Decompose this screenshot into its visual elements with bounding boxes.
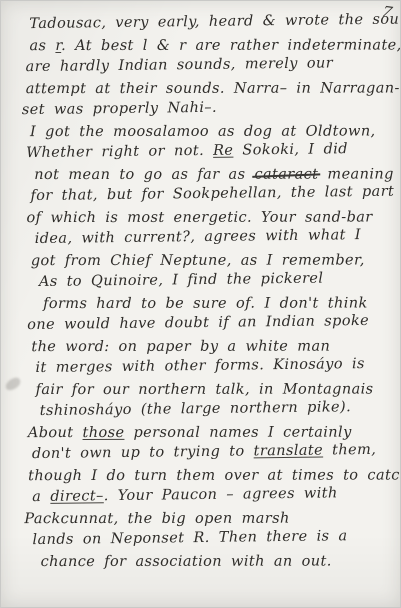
line-segment: Whether right or not. (26, 143, 213, 161)
manuscript-line: Tadousac, very early, heard & wrote the … (29, 10, 392, 36)
manuscript-line: set was properly Nahi–. (22, 96, 393, 122)
line-segment: them, (323, 442, 376, 459)
manuscript-line: As to Quinoire, I find the pickerel (39, 268, 394, 294)
line-segment: Sokoki, I did (233, 141, 348, 158)
line-segment: a (32, 489, 50, 505)
line-segment: . Your Paucon – agrees with (104, 485, 338, 504)
manuscript-line: Whether right or not. Re Sokoki, I did (26, 139, 393, 165)
underlined-word: those (83, 424, 125, 440)
underlined-word: translate (254, 443, 324, 460)
scanned-manuscript-page: 7 Tadousac, very early, heard & wrote th… (0, 0, 401, 608)
manuscript-line: tshinosháyo (the large northern pike). (40, 397, 395, 423)
underlined-word: Re (213, 143, 234, 159)
line-segment: About (28, 425, 83, 441)
manuscript-line: a direct–. Your Paucon – agrees with (32, 483, 395, 509)
line-segment: not mean to go as far as (34, 166, 254, 182)
line-segment: personal names I certainly (124, 424, 351, 440)
ink-smudge (4, 376, 23, 392)
line-segment: . At best l & r are rather indeterminate… (61, 37, 401, 54)
underlined-word: direct– (50, 488, 104, 505)
manuscript-line: are hardly Indian sounds, merely our (25, 53, 392, 79)
manuscript-text: Tadousac, very early, heard & wrote the … (21, 12, 395, 573)
manuscript-line: one would have doubt if an Indian spoke (27, 311, 394, 337)
struck-word: cataract (254, 166, 318, 182)
line-segment: as (29, 38, 55, 54)
manuscript-line: chance for association with an out. (41, 551, 396, 573)
manuscript-line: don't own up to trying to translate them… (32, 440, 395, 466)
line-segment: don't own up to trying to (32, 443, 254, 462)
manuscript-line: idea, with current?, agrees with what I (35, 225, 394, 251)
manuscript-line: lands on Neponset R. Then there is a (32, 526, 395, 552)
line-segment: meaning (318, 166, 393, 182)
manuscript-line: it merges with other forms. Kinosáyo is (35, 354, 394, 380)
manuscript-line: for that, but for Sookpehellan, the last… (30, 182, 393, 208)
